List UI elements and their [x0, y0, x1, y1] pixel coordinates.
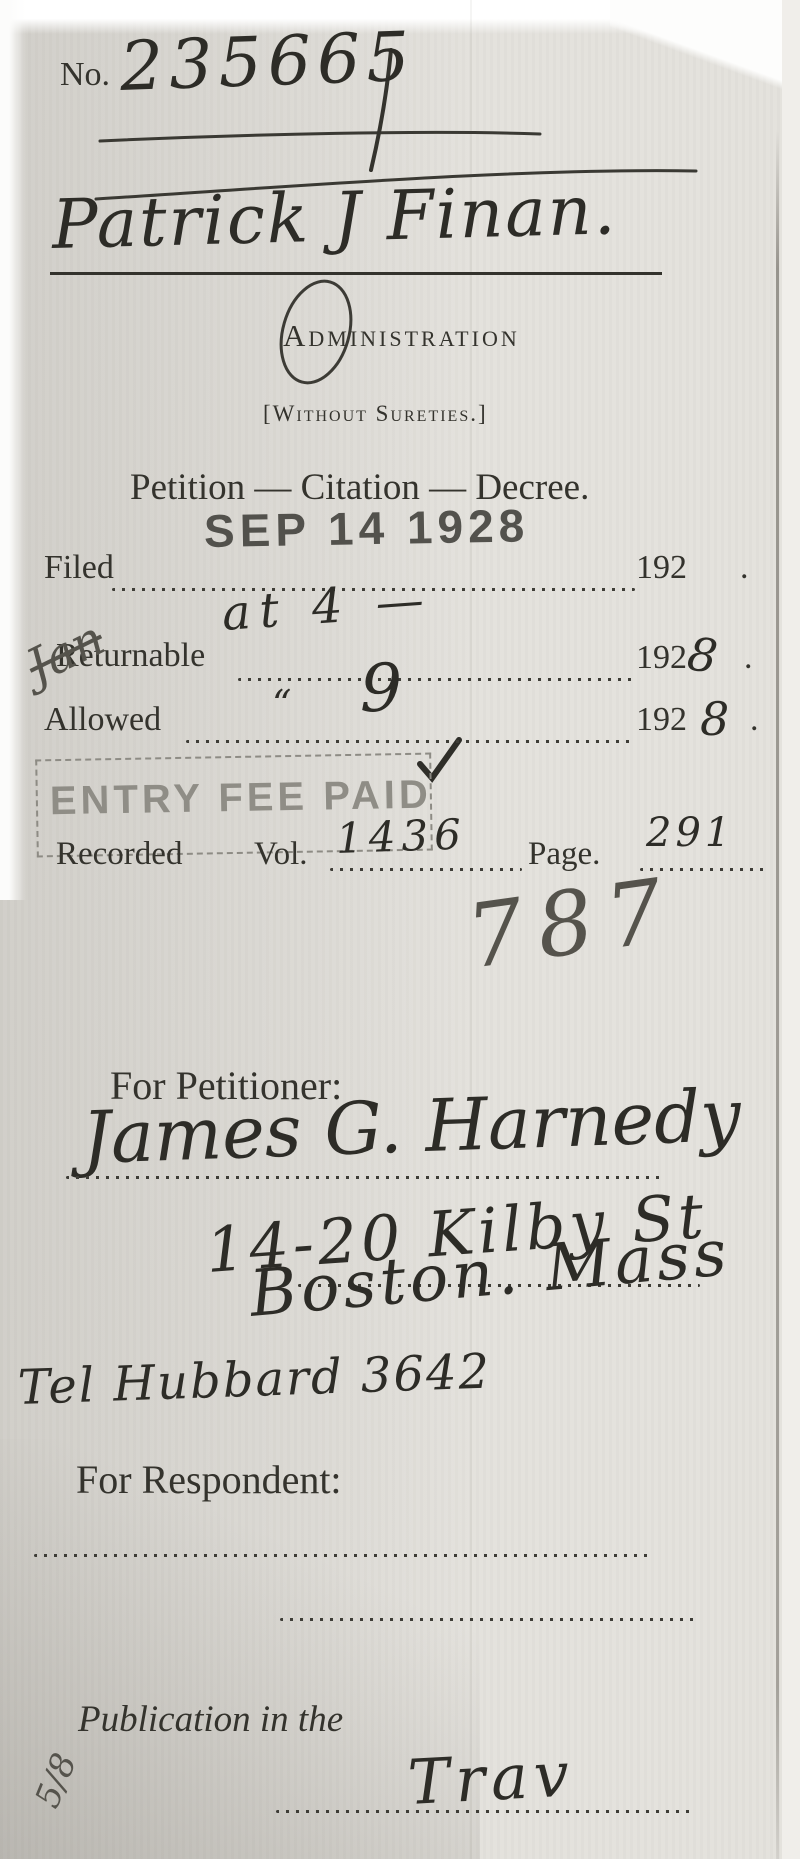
publication-label: Publication in the — [78, 1698, 343, 1741]
filed-period: . — [740, 549, 749, 587]
pen-strokes — [0, 0, 800, 1859]
allowed-value: 9 — [360, 650, 402, 727]
petitioner-name-dotted-line — [66, 1176, 666, 1179]
allowed-year: 192 — [636, 701, 687, 739]
sureties-note: [Without Sureties.] — [263, 401, 488, 427]
recorded-volume-value: 1436 — [335, 809, 468, 863]
returnable-dotted-line — [238, 678, 635, 681]
returnable-period: . — [744, 639, 753, 677]
recorded-page-value: 291 — [646, 810, 734, 856]
document-type-heading: Administration — [283, 318, 520, 354]
publication-dotted-line — [276, 1810, 696, 1813]
filed-date-stamp: SEP 14 1928 — [204, 498, 530, 558]
respondent-dotted-line-2 — [280, 1618, 700, 1621]
name-rule — [50, 272, 662, 275]
allowed-period: . — [750, 701, 759, 739]
allowed-year-handwritten: 8 — [700, 692, 729, 746]
case-number-value: 235665 — [119, 18, 417, 107]
filed-year: 192 — [636, 549, 687, 587]
respondent-dotted-line-1 — [34, 1554, 654, 1557]
filed-label: Filed — [44, 549, 114, 587]
decedent-name: Patrick J Finan. — [51, 171, 618, 265]
recorded-label: Recorded — [56, 836, 182, 873]
recorded-dotted-line — [330, 868, 522, 871]
allowed-label: Allowed — [44, 701, 161, 739]
publication-value: Trav — [406, 1737, 577, 1819]
volume-label: Vol. — [254, 836, 308, 873]
allowed-dotted-line — [186, 740, 635, 743]
case-number-label: No. — [60, 56, 110, 94]
returnable-year: 192 — [636, 639, 687, 677]
for-respondent-label: For Respondent: — [76, 1456, 342, 1503]
allowed-ditto-mark: “ — [272, 682, 291, 726]
probate-docket-card: No. 235665 Patrick J Finan. Administrati… — [0, 0, 800, 1859]
